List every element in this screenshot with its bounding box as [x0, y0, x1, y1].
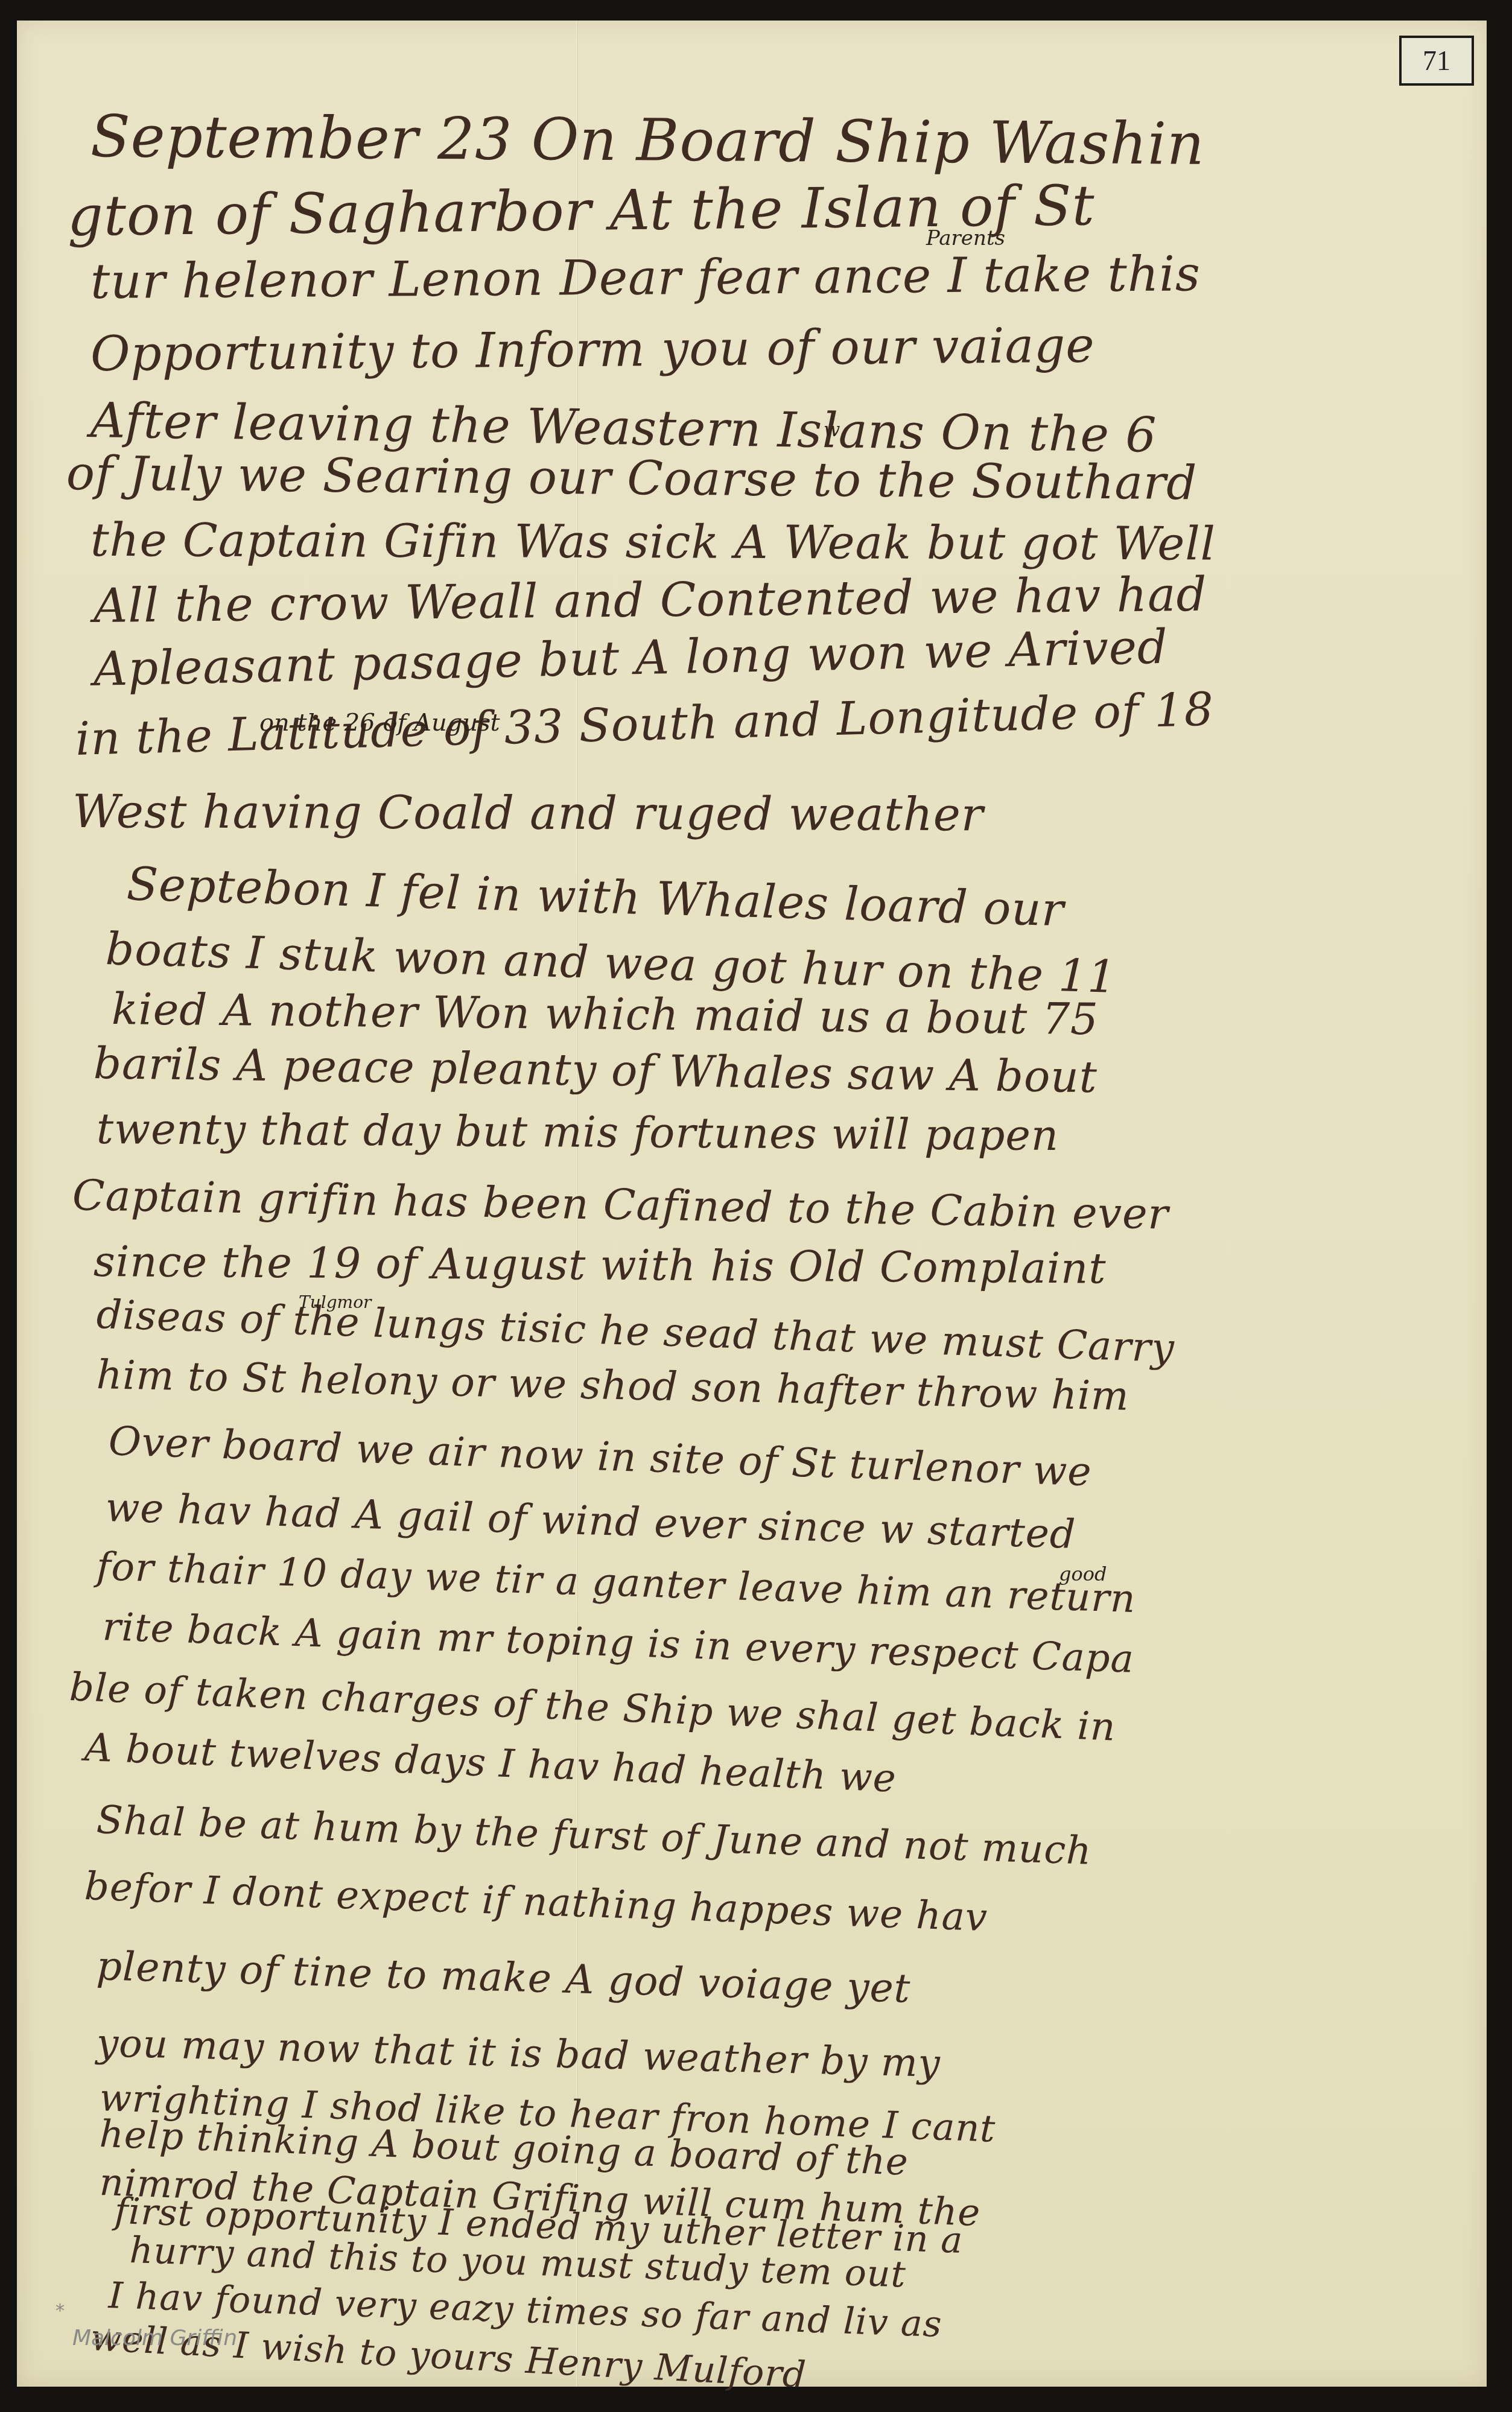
- pencil-mark: *: [56, 2300, 65, 2322]
- letter-line: Opportunity to Inform you of our vaiage: [91, 317, 1095, 382]
- letter-line: of July we Searing our Coarse to the Sou…: [66, 446, 1198, 510]
- letter-line: West having Coald and ruged weather: [72, 784, 983, 841]
- letter-line: since the 19 of August with his Old Comp…: [94, 1237, 1107, 1293]
- insertion-date: on the 26 of August: [259, 709, 500, 737]
- insertion-good: good: [1059, 1563, 1107, 1585]
- letter-line: tur helenor Lenon Dear fear ance I take …: [91, 246, 1201, 309]
- insertion-w: w: [824, 418, 840, 441]
- page-number-box: 71: [1399, 36, 1474, 86]
- letter-line: twenty that day but mis fortunes will pa…: [97, 1104, 1059, 1160]
- letter-line: September 23 On Board Ship Washin: [91, 103, 1205, 178]
- letter-line: kied A nother Won which maid us a bout 7…: [112, 983, 1099, 1044]
- insertion-tulgmor: Tulgmor: [299, 1292, 371, 1312]
- insertion-parents: Parents: [926, 226, 1005, 250]
- letter-line: the Captain Gifin Was sick A Weak but go…: [91, 513, 1216, 571]
- page-number: 71: [1423, 45, 1450, 77]
- pencil-annotation: Malcolm Griffin: [72, 2326, 237, 2350]
